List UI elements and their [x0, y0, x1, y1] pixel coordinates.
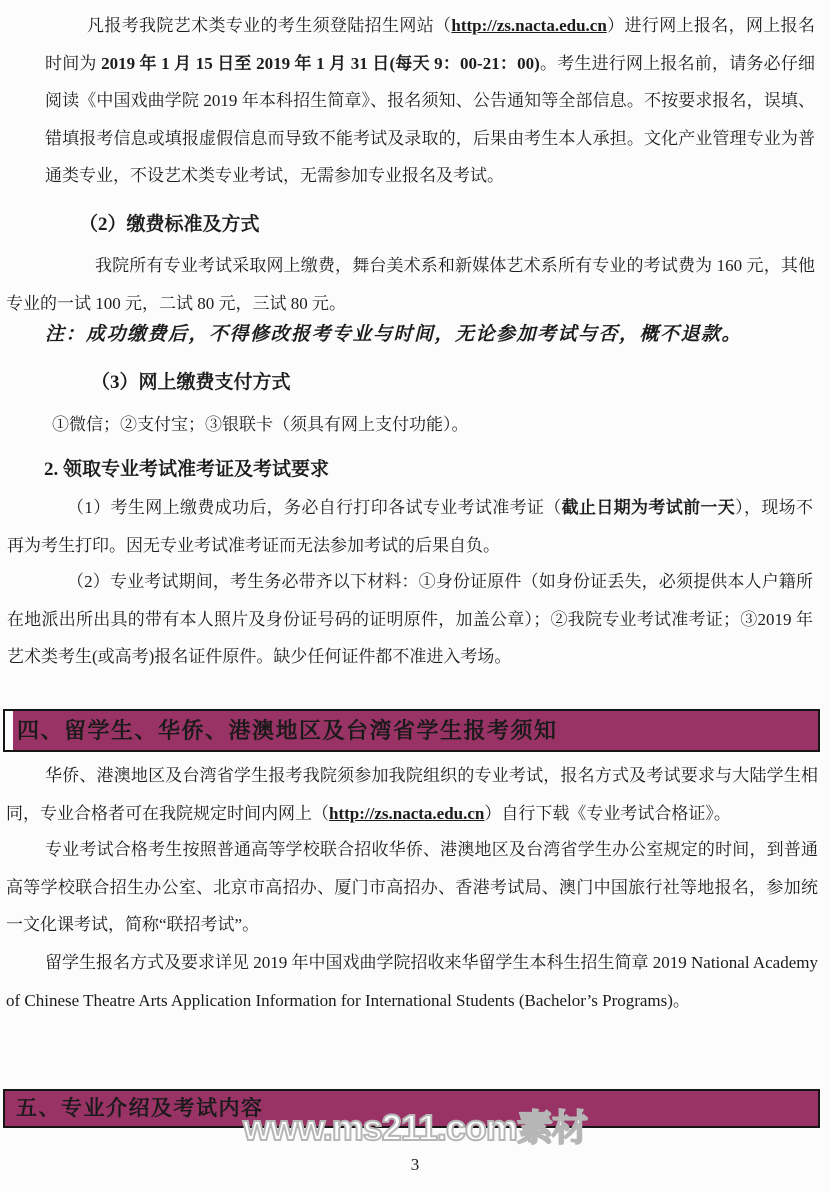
ticket-paragraph-1: （1）考生网上缴费成功后，务必自行打印各试专业考试准考证（截止日期为考试前一天）…: [7, 489, 813, 564]
no-refund-note: 注：成功缴费后，不得修改报考专业与时间，无论参加考试与否，概不退款。: [45, 316, 742, 354]
section4-banner-fill: 四、留学生、华侨、港澳地区及台湾省学生报考须知: [13, 711, 818, 750]
document-page: 凡报考我院艺术类专业的考生须登陆招生网站（http://zs.nacta.edu…: [0, 0, 830, 1191]
registration-url-link[interactable]: http://zs.nacta.edu.cn: [451, 16, 606, 35]
ticket-section-heading: 2. 领取专业考试准考证及考试要求: [44, 451, 329, 489]
ticket-paragraph-2: （2）专业考试期间，考生务必带齐以下材料：①身份证原件（如身份证丢失，必须提供本…: [7, 563, 813, 676]
fee-standard-paragraph: 我院所有专业考试采取网上缴费，舞台美术系和新媒体艺术系所有专业的考试费为 160…: [6, 247, 815, 322]
overseas-paragraph-2: 专业考试合格考生按照普通高等学校联合招收华侨、港澳地区及台湾省学生办公室规定的时…: [6, 831, 818, 944]
intro-text-1: 凡报考我院艺术类专业的考生须登陆招生网站（: [87, 16, 451, 35]
page-number: 3: [0, 1150, 830, 1180]
section5-banner: 五、专业介绍及考试内容: [3, 1089, 820, 1128]
overseas-paragraph-1: 华侨、港澳地区及台湾省学生报考我院须参加我院组织的专业考试，报名方式及考试要求与…: [6, 757, 818, 832]
overseas-text-2: ）自行下载《专业考试合格证》。: [484, 804, 731, 823]
section5-banner-title: 五、专业介绍及考试内容: [5, 1098, 264, 1119]
print-deadline-bold: 截止日期为考试前一天: [562, 498, 736, 517]
section4-banner-title: 四、留学生、华侨、港澳地区及台湾省学生报考须知: [13, 720, 558, 742]
overseas-paragraph-3: 留学生报名方式及要求详见 2019 年中国戏曲学院招收来华留学生本科生招生简章 …: [6, 944, 818, 1019]
section4-banner: 四、留学生、华侨、港澳地区及台湾省学生报考须知: [3, 709, 820, 752]
registration-period-bold: 2019 年 1 月 15 日至 2019 年 1 月 31 日(每天 9：00…: [101, 54, 540, 73]
ticket-text-1: （1）考生网上缴费成功后，务必自行打印各试专业考试准考证（: [67, 498, 562, 517]
payment-options-paragraph: ①微信；②支付宝；③银联卡（须具有网上支付功能）。: [52, 406, 469, 444]
intro-paragraph: 凡报考我院艺术类专业的考生须登陆招生网站（http://zs.nacta.edu…: [45, 7, 815, 195]
fee-section-heading: （2）缴费标准及方式: [79, 206, 260, 244]
payment-method-heading: （3）网上缴费支付方式: [91, 364, 291, 402]
certificate-url-link[interactable]: http://zs.nacta.edu.cn: [329, 804, 484, 823]
intro-text-3: 。考生进行网上报名前，请务必仔细阅读《中国戏曲学院 2019 年本科招生简章》、…: [45, 54, 815, 186]
